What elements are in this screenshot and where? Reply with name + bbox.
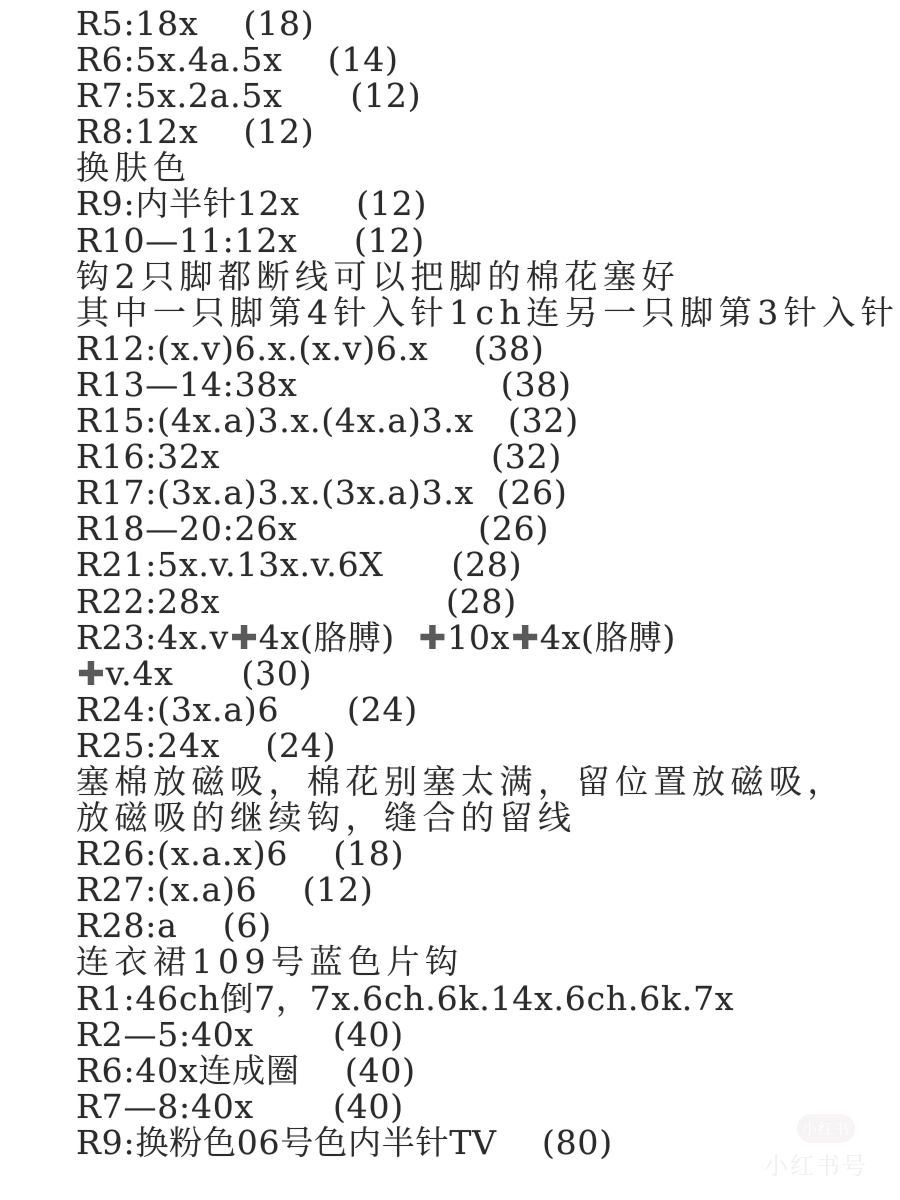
pattern-row-r7: R7:5x.2a.5x (12) [76,78,899,114]
pattern-row-r21: R21:5x.v.13x.v.6X (28) [76,547,899,583]
plus-icon: ✚ [229,618,259,657]
xiaohongshu-id-watermark: 小红书号 [764,1146,868,1181]
pattern-row-r5: R5:18x (18) [76,6,899,42]
pattern-row-dress-r6: R6:40x连成圈 (40) [76,1053,899,1089]
pattern-row-r25: R25:24x (24) [76,728,899,764]
pattern-row-r23: R23:4x.v✚4x(胳膊) ✚10x✚4x(胳膊) [76,620,899,656]
pattern-row-r8: R8:12x (12) [76,114,899,150]
note-join-legs: 其中一只脚第4针入针1ch连另一只脚第3针入针 [76,295,899,331]
pattern-row-r22: R22:28x (28) [76,584,899,620]
row-text: 10x [447,618,510,657]
pattern-row-r18-20: R18—20:26x (26) [76,511,899,547]
note-stuffing-magnet-1: 塞棉放磁吸，棉花别塞太满，留位置放磁吸， [76,764,899,800]
note-stuffing-magnet-2: 放磁吸的继续钩，缝合的留线 [76,800,899,836]
note-legs-stuffing: 钩2只脚都断线可以把脚的棉花塞好 [76,259,899,295]
pattern-row-r6: R6:5x.4a.5x (14) [76,42,899,78]
pattern-row-r15: R15:(4x.a)3.x.(4x.a)3.x (32) [76,403,899,439]
section-title-dress: 连衣裙109号蓝色片钩 [76,944,899,980]
pattern-row-r27: R27:(x.a)6 (12) [76,872,899,908]
plus-icon: ✚ [76,654,106,693]
plus-icon: ✚ [510,618,540,657]
pattern-row-dress-r2-5: R2—5:40x (40) [76,1017,899,1053]
pattern-row-r16: R16:32x (32) [76,439,899,475]
pattern-row-r24: R24:(3x.a)6 (24) [76,692,899,728]
pattern-row-r12: R12:(x.v)6.x.(x.v)6.x (38) [76,331,899,367]
pattern-row-r9: R9:内半针12x (12) [76,186,899,222]
pattern-row-dress-r1: R1:46ch倒7，7x.6ch.6k.14x.6ch.6k.7x [76,981,899,1017]
pattern-row-r13-14: R13—14:38x (38) [76,367,899,403]
pattern-row-r28: R28:a (6) [76,908,899,944]
plus-icon: ✚ [418,618,448,657]
row-text: v.4x (30) [106,654,313,693]
note-change-skin-color: 换肤色 [76,150,899,186]
pattern-document: R5:18x (18) R6:5x.4a.5x (14) R7:5x.2a.5x… [76,6,899,1161]
pattern-row-dress-r7-8: R7—8:40x (40) [76,1089,899,1125]
pattern-row-r23-continued: ✚v.4x (30) [76,656,899,692]
row-text: R23:4x.v [76,618,229,657]
pattern-row-r26: R26:(x.a.x)6 (18) [76,836,899,872]
row-text: 4x(胳膊) [259,618,418,657]
xiaohongshu-watermark-badge: 小红书 [797,1114,855,1143]
pattern-row-r10-11: R10—11:12x (12) [76,223,899,259]
row-text: 4x(胳膊) [540,618,676,657]
pattern-row-r17: R17:(3x.a)3.x.(3x.a)3.x (26) [76,475,899,511]
